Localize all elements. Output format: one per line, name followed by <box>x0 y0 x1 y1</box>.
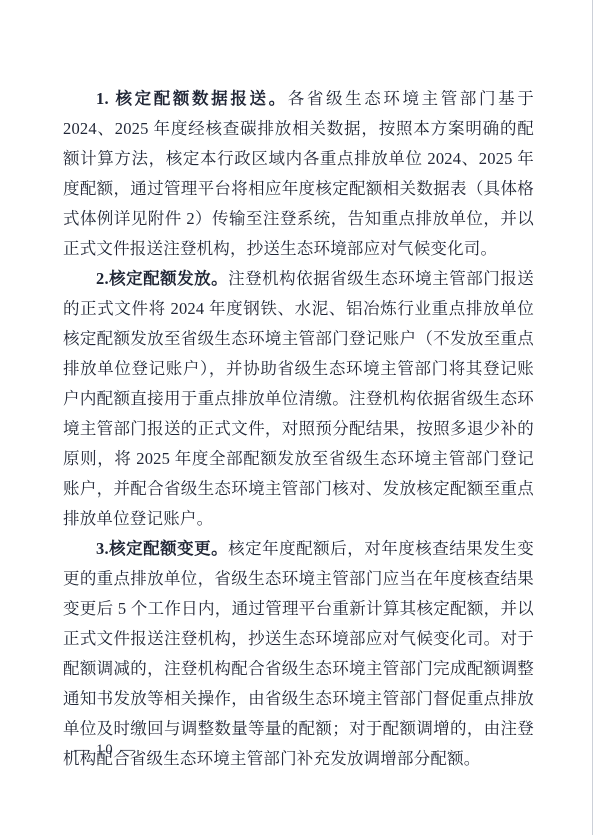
document-page: 1. 核定配额数据报送。各省级生态环境主管部门基于 2024、2025 年度经核… <box>0 0 595 835</box>
paragraph-lead: 3.核定配额变更。 <box>96 539 228 558</box>
paragraph-lead: 1. 核定配额数据报送。 <box>96 89 288 108</box>
paragraph-text: 核定年度配额后，对年度核查结果发生变更的重点排放单位，省级生态环境主管部门应当在… <box>63 539 534 768</box>
paragraph: 3.核定配额变更。核定年度配额后，对年度核查结果发生变更的重点排放单位，省级生态… <box>63 534 534 774</box>
paragraph-text: 各省级生态环境主管部门基于 2024、2025 年度经核查碳排放相关数据，按照本… <box>63 89 534 258</box>
paragraph-text: 注登机构依据省级生态环境主管部门报送的正式文件将 2024 年度钢铁、水泥、铝冶… <box>63 269 534 528</box>
document-body: 1. 核定配额数据报送。各省级生态环境主管部门基于 2024、2025 年度经核… <box>63 84 534 774</box>
paragraph: 1. 核定配额数据报送。各省级生态环境主管部门基于 2024、2025 年度经核… <box>63 84 534 264</box>
page-number: — 10 — <box>74 742 137 759</box>
page-edge-line <box>592 0 593 835</box>
paragraph-lead: 2.核定配额发放。 <box>96 269 228 288</box>
paragraph: 2.核定配额发放。注登机构依据省级生态环境主管部门报送的正式文件将 2024 年… <box>63 264 534 534</box>
